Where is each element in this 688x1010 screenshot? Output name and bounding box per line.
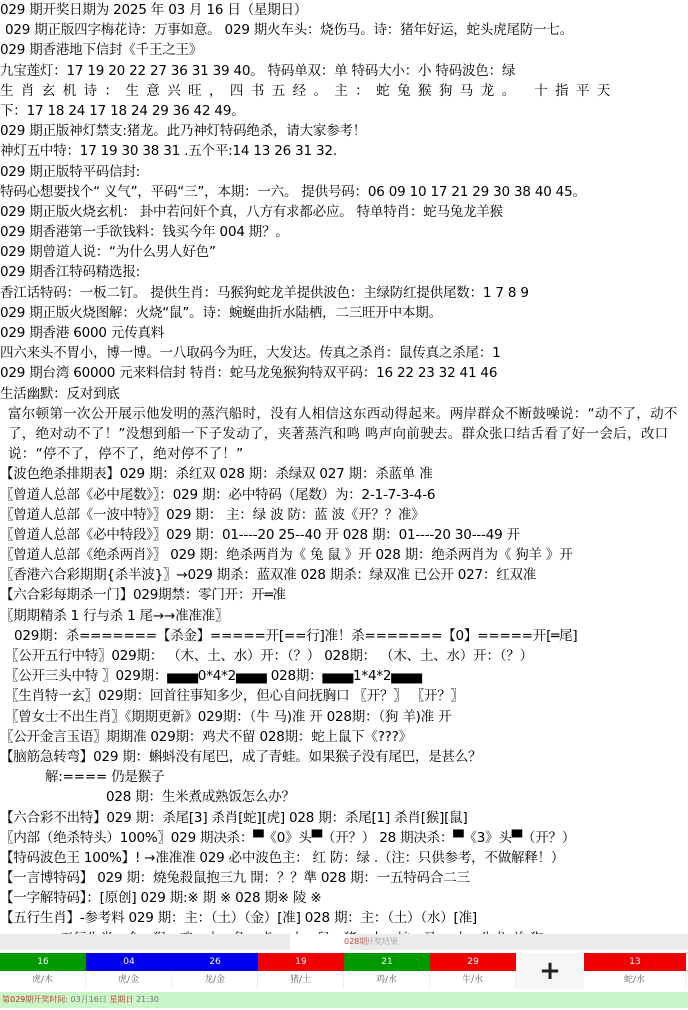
- result-period: 028期: [344, 936, 367, 947]
- zodiac-poem-line: 生肖玄机诗：生意兴旺，四书五经。主：蛇兔猴狗马龙。 十指平天: [0, 81, 688, 101]
- brain-teaser-answer: 解:==== 仍是猴子: [0, 767, 688, 787]
- xiangjiang-line: 香江话特码：一板二钉。 提供生肖：马猴狗蛇龙羊提供波色：主绿防红提供尾数：1 7…: [0, 283, 688, 303]
- ball-5: 21 鸡/水: [344, 953, 430, 989]
- kill-row-tail-line: 029期：杀=======【杀金】=====开[==行]准！杀=======【0…: [0, 626, 688, 646]
- ball-label: 蛇/水: [584, 971, 686, 989]
- special-ball: 13 蛇/水: [584, 953, 686, 989]
- hk-fax-line: 四六来头不胃小，博一博。一八取码今为旺，大发达。传真之杀肖：鼠传真之杀尾：1: [0, 343, 688, 363]
- ball-number: 04: [86, 953, 172, 971]
- no-special-line: 【六合彩不出特】029 期：杀尾[3] 杀肖[蛇][虎] 028 期：杀尾[1]…: [0, 808, 688, 828]
- wave-kill-schedule: 【波色绝杀排期表】029 期：杀红双 028 期：杀绿双 027 期：杀蓝单 准: [0, 464, 688, 484]
- draw-date-line: 029 期开奖日期为 2025 年 03 月 16 日（星期日）: [0, 0, 688, 20]
- ball-number: 26: [172, 953, 258, 971]
- result-title: 开奖结果: [366, 936, 398, 947]
- five-elements-line: 〖公开五行中特〗029期： （木、土、水）开：（？） 028期： （木、土、水）…: [0, 646, 688, 666]
- lamp-five-line: 神灯五中特：17 19 30 38 31 .五个平:14 13 26 31 32…: [0, 141, 688, 161]
- hk-fax-title: 029 期香港 6000 元传真料: [0, 323, 688, 343]
- result-header: 028期 开奖结果: [0, 934, 688, 950]
- segment-line: 〖曾道人总部《必中特段》〗029 期：01----20 25--40 开 028…: [0, 525, 688, 545]
- kill-half-wave-line: 〖香港六合彩期期{杀半波}〗→029 期杀：蓝双准 028 期杀：绿双准 已公开…: [0, 565, 688, 585]
- next-draw-footer: 第029期开奖时间: 03月16日 星期日 21:30: [0, 992, 688, 1008]
- brain-teaser-line: 【脑筋急转弯】029 期：蝌蚪没有尾巴，成了青蛙。如果猴子没有尾巴，是甚么？: [0, 747, 688, 767]
- wave-king-line: 【特码波色王 100%】! →准准准 029 必中波色主： 红 防：绿 .（注：…: [0, 848, 688, 868]
- fire-diagram-line: 029 期正版火烧图解：火烧“鼠”。诗：蜿蜒曲折水陆栖，二三旺开中本期。: [0, 303, 688, 323]
- xiangjiang-title: 029 期香江特码精选报:: [0, 262, 688, 282]
- ball-label: 牛/水: [430, 971, 516, 989]
- humor-paragraph: 富尔顿第一次公开展示他发明的蒸汽船时，没有人相信这东西动得起来。两岸群众不断鼓噪…: [0, 404, 688, 465]
- result-balls: 16 虎/木 04 虎/金 26 龙/金 19 猪/土 21 鸡/水 29 牛/…: [0, 953, 688, 989]
- humor-title: 生活幽默：反对到底: [0, 384, 688, 404]
- three-heads-line: 〖公开三头中特 〗029期：▅▅▅0*4*2▅▅▅ 028期：▅▅▅1*4*2▅…: [0, 666, 688, 686]
- ball-label: 猪/土: [258, 971, 344, 989]
- kill-head-line: 〖内部（绝杀特头）100%〗029 期决杀：▀《0》头▀（开？） 28 期决杀：…: [0, 828, 688, 848]
- kill-one-gate-line: 【六合彩每期杀一门】029期禁：零门开：开═准: [0, 585, 688, 605]
- golden-words-line: 〖公开金言玉语〗期期准 029期：鸡犬不留 028期：蛇上鼠下《???》: [0, 727, 688, 747]
- special-envelope-line: 特码心想要找个“ 义气”，平码“三”，本期：一六。 提供号码：06 09 10 …: [0, 182, 688, 202]
- header-tab: [290, 934, 350, 950]
- ball-number: 21: [344, 953, 430, 971]
- special-envelope-title: 029 期正版特平码信封:: [0, 162, 688, 182]
- ball-number: 19: [258, 953, 344, 971]
- footer-date: 03月16日: [71, 995, 107, 1004]
- ball-label: 龙/金: [172, 971, 258, 989]
- ten-fingers-line: 下：17 18 24 17 18 24 29 36 42 49。: [0, 101, 688, 121]
- zeng-says-line: 029 期曾道人说：“为什么男人好色”: [0, 242, 688, 262]
- one-wave-line: 〖曾道人总部《一波中特》〗029 期： 主：绿 波 防：蓝 波《开？？准》: [0, 505, 688, 525]
- hk-envelope-title: 029 期香港地下信封《千王之王》: [0, 40, 688, 60]
- kill-row-tail-title: 〖期期精杀 1 行与杀 1 尾→→准准准〗: [0, 606, 688, 626]
- five-elements-zodiac-line: 【五行生肖】-参考料 029 期：主：（土）（金）[准] 028 期：主：（土）…: [0, 908, 688, 928]
- kill-two-zodiac-line: 〖曾道人总部《绝杀两肖》〗 029 期：绝杀两肖为《 兔 鼠 》开 028 期：…: [0, 545, 688, 565]
- ball-number: 13: [584, 953, 686, 971]
- hk-first-hand-line: 029 期香港第一手欲钱料：钱买今年 004 期？。: [0, 222, 688, 242]
- footer-weekday: 星期日: [109, 995, 133, 1004]
- nine-lamps-line: 九宝莲灯：17 19 20 22 27 36 31 39 40。 特码单双：单 …: [0, 61, 688, 81]
- footer-time: 21:30: [136, 995, 159, 1004]
- one-char-line: 【一字解特码】：[原创] 029 期:※ 期 ※ 028 期※ 陵 ※: [0, 888, 688, 908]
- ball-label: 虎/金: [86, 971, 172, 989]
- taiwan-envelope-line: 029 期台湾 60000 元来料信封 特肖：蛇马龙兔猴狗特双平码：16 22 …: [0, 363, 688, 383]
- ball-4: 19 猪/土: [258, 953, 344, 989]
- ball-2: 04 虎/金: [86, 953, 172, 989]
- brain-teaser-028: 028 期：生米煮成熟饭怎么办？: [0, 787, 688, 807]
- lamp-forbidden-line: 029 期正版神灯禁支:猪龙。此乃神灯特码绝杀，请大家参考！: [0, 121, 688, 141]
- fire-mystery-line: 029 期正版火烧玄机： 卦中若问奸个真，八方有求都必应。 特单特肖：蛇马兔龙羊…: [0, 202, 688, 222]
- ms-zeng-line: 〖曾女士不出生肖〗《期期更新》029期：（牛 马)准 开 028期：（狗 羊)准…: [0, 707, 688, 727]
- ball-6: 29 牛/水: [430, 953, 516, 989]
- ball-1: 16 虎/木: [0, 953, 86, 989]
- ball-label: 鸡/水: [344, 971, 430, 989]
- ball-3: 26 龙/金: [172, 953, 258, 989]
- tail-number-line: 〖曾道人总部《必中尾数》〗：029 期：必中特码（尾数）为：2-1-7-3-4-…: [0, 485, 688, 505]
- one-word-line: 【一言博特码】 029 期：燒兔殺鼠抱三九 開：？？準 028 期：一五特码合二…: [0, 868, 688, 888]
- ball-label: 虎/木: [0, 971, 86, 989]
- ball-number: 16: [0, 953, 86, 971]
- plum-poem-line: 029 期正版四字梅花诗：万事如意。 029 期火车头：烧伤马。诗：猪年好运，蛇…: [0, 20, 688, 40]
- lottery-article: 029 期开奖日期为 2025 年 03 月 16 日（星期日） 029 期正版…: [0, 0, 688, 949]
- ball-number: 29: [430, 953, 516, 971]
- plus-icon: +: [516, 953, 584, 989]
- footer-prefix: 第029期开奖时间:: [2, 995, 68, 1004]
- zodiac-mystery-line: 〖生肖特一玄〗029期：回首往事知多少，但心自问抚胸口 〖开？〗 〖开？〗: [0, 686, 688, 706]
